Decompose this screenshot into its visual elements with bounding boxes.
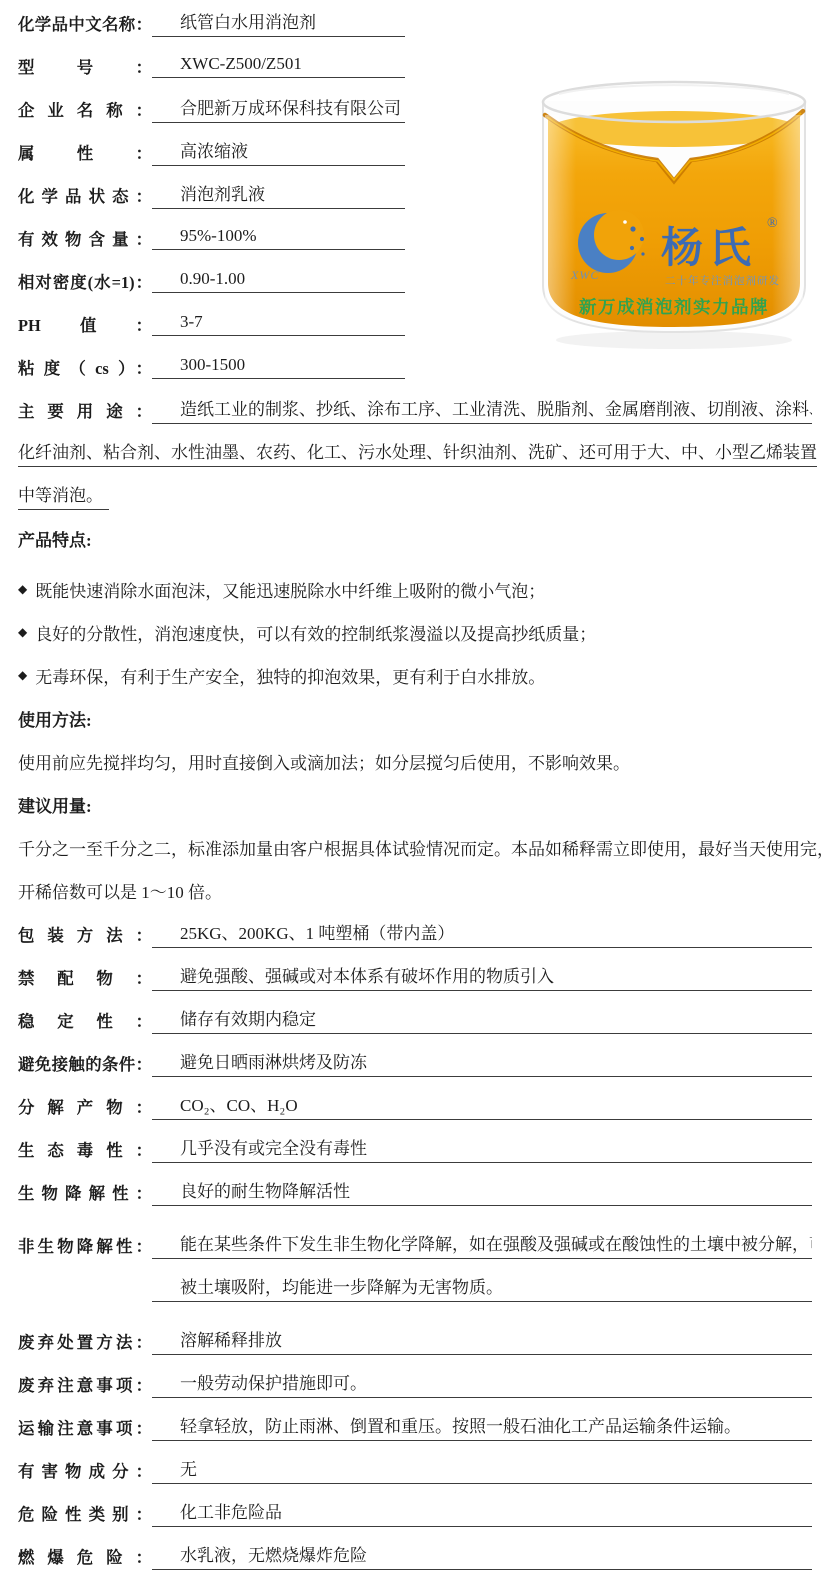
field-label: PH值： — [18, 312, 152, 336]
field-row-disposal-method: 废弃处置方法： 溶解稀释排放 — [18, 1319, 812, 1362]
field-label: 企业名称： — [18, 97, 152, 121]
field-label: 废弃注意事项： — [18, 1372, 152, 1396]
field-value: 化工非危险品 — [152, 1498, 812, 1527]
star-dot — [641, 252, 644, 255]
field-label: 包装方法： — [18, 922, 152, 946]
field-row-chinese-name: 化学品中文名称： 纸管白水用消泡剂 — [18, 1, 812, 44]
field-value: XWC-Z500/Z501 — [152, 54, 405, 78]
field-value-continuation: 中等消泡。 — [18, 481, 109, 510]
star-dot-white — [623, 220, 627, 224]
field-value: 300-1500 — [152, 355, 405, 379]
field-value: 避免日晒雨淋烘烤及防冻 — [152, 1048, 812, 1077]
feature-text: 无毒环保，有利于生产安全，独特的抑泡效果，更有利于白水排放。 — [35, 663, 545, 688]
dosage-text: 千分之一至千分之二，标准添加量由客户根据具体试验情况而定。本品如稀释需立即使用，… — [18, 835, 830, 860]
crescent-moon-cut — [594, 210, 644, 260]
field-label: 主要用途： — [18, 398, 152, 422]
usage-text-row: 使用前应先搅拌均匀，用时直接倒入或滴加法；如分层搅匀后使用，不影响效果。 — [18, 740, 812, 783]
field-value: 溶解稀释排放 — [152, 1326, 812, 1355]
field-row-decomposition: 分解产物： CO₂、CO、H₂O — [18, 1084, 812, 1127]
features-heading-row: 产品特点: — [18, 517, 812, 560]
field-value: 水乳液，无燃烧爆炸危险 — [152, 1541, 812, 1570]
dosage-text: 开稀倍数可以是 1～10 倍。 — [18, 878, 222, 903]
star-dot — [630, 226, 635, 231]
field-row-abiotic-degradability-line2: 被土壤吸附，均能进一步降解为无害物质。 — [18, 1266, 812, 1309]
field-value: 3-7 — [152, 312, 405, 336]
beaker-image: XWC 杨氏 ® 二十年专注消泡剂研发 新万成消泡剂实力品牌 — [515, 55, 830, 360]
field-value: 无 — [152, 1455, 812, 1484]
field-row-biodegradability: 生物降解性： 良好的耐生物降解活性 — [18, 1170, 812, 1213]
field-row-avoid-conditions: 避免接触的条件： 避免日晒雨淋烘烤及防冻 — [18, 1041, 812, 1084]
diamond-bullet-icon: ◆ — [18, 582, 27, 597]
usage-text: 使用前应先搅拌均匀，用时直接倒入或滴加法；如分层搅匀后使用，不影响效果。 — [18, 749, 630, 774]
field-row-explosion-hazard: 燃爆危险： 水乳液，无燃烧爆炸危险 — [18, 1534, 812, 1577]
field-row-transport-notes: 运输注意事项： 轻拿轻放，防止雨淋、倒置和重压。按照一般石油化工产品运输条件运输… — [18, 1405, 812, 1448]
field-row-hazard-class: 危险性类别： 化工非危险品 — [18, 1491, 812, 1534]
field-label: 化学品中文名称： — [18, 11, 152, 35]
field-row-abiotic-degradability: 非生物降解性： 能在某些条件下发生非生物化学降解，如在强酸及强碱或在酸蚀性的土壤… — [18, 1223, 812, 1266]
beaker-shadow — [556, 331, 792, 349]
field-value: 造纸工业的制浆、抄纸、涂布工序、工业清洗、脱脂剂、金属磨削液、切削液、涂料、 — [152, 395, 812, 424]
field-label: 有害物成分： — [18, 1458, 152, 1482]
field-value-continuation: 被土壤吸附，均能进一步降解为无害物质。 — [152, 1273, 812, 1302]
field-label: 稳定性： — [18, 1008, 152, 1032]
field-row-incompatible: 禁配物： 避免强酸、强碱或对本体系有破坏作用的物质引入 — [18, 955, 812, 998]
section-heading: 产品特点: — [18, 526, 92, 551]
field-value: 良好的耐生物降解活性 — [152, 1177, 812, 1206]
field-label: 粘度（cs）： — [18, 355, 152, 379]
field-row-packing: 包装方法： 25KG、200KG、1 吨塑桶（带内盖） — [18, 912, 812, 955]
field-value: 0.90-1.00 — [152, 269, 405, 293]
diamond-bullet-icon: ◆ — [18, 625, 27, 640]
field-row-harmful-components: 有害物成分： 无 — [18, 1448, 812, 1491]
xwc-watermark: XWC — [570, 268, 599, 282]
field-label: 有效物含量： — [18, 226, 152, 250]
dosage-heading-row: 建议用量: — [18, 783, 812, 826]
field-value: 高浓缩液 — [152, 137, 405, 166]
field-label: 化学品状态： — [18, 183, 152, 207]
field-label: 型号： — [18, 54, 152, 78]
feature-text: 既能快速消除水面泡沫，又能迅速脱除水中纤维上吸附的微小气泡； — [35, 577, 545, 602]
field-value: 纸管白水用消泡剂 — [152, 8, 405, 37]
field-label: 避免接触的条件： — [18, 1051, 152, 1075]
field-value: 95%-100% — [152, 226, 405, 250]
field-label: 相对密度(水=1)： — [18, 269, 152, 293]
section-heading: 使用方法: — [18, 706, 92, 731]
brand-logo: XWC 杨氏 ® 二十年专注消泡剂研发 新万成消泡剂实力品牌 — [570, 210, 780, 317]
main-use-line3: 中等消泡。 — [18, 474, 812, 517]
star-dot — [630, 246, 634, 250]
feature-text: 良好的分散性，消泡速度快，可以有效的控制纸浆漫溢以及提高抄纸质量； — [35, 620, 596, 645]
field-label: 燃爆危险： — [18, 1544, 152, 1568]
field-value: 几乎没有或完全没有毒性 — [152, 1134, 812, 1163]
field-label: 生物降解性： — [18, 1180, 152, 1204]
tagline-green: 新万成消泡剂实力品牌 — [579, 297, 769, 317]
field-value: 一般劳动保护措施即可。 — [152, 1369, 812, 1398]
field-label: 废弃处置方法： — [18, 1329, 152, 1353]
dosage-text-row2: 开稀倍数可以是 1～10 倍。 — [18, 869, 812, 912]
brand-name: 杨氏 — [661, 225, 757, 272]
feature-item: ◆ 无毒环保，有利于生产安全，独特的抑泡效果，更有利于白水排放。 — [18, 654, 812, 697]
field-value: 储存有效期内稳定 — [152, 1005, 812, 1034]
field-value: 避免强酸、强碱或对本体系有破坏作用的物质引入 — [152, 962, 812, 991]
field-row-stability: 稳定性： 储存有效期内稳定 — [18, 998, 812, 1041]
field-row-main-use: 主要用途： 造纸工业的制浆、抄纸、涂布工序、工业清洗、脱脂剂、金属磨削液、切削液… — [18, 388, 812, 431]
field-label: 非生物降解性： — [18, 1233, 152, 1257]
field-value: 合肥新万成环保科技有限公司 — [152, 94, 405, 123]
star-dot — [640, 237, 644, 241]
field-label: 分解产物： — [18, 1094, 152, 1118]
feature-item: ◆ 既能快速消除水面泡沫，又能迅速脱除水中纤维上吸附的微小气泡； — [18, 568, 812, 611]
field-row-disposal-notes: 废弃注意事项： 一般劳动保护措施即可。 — [18, 1362, 812, 1405]
product-spec-sheet: 化学品中文名称： 纸管白水用消泡剂 型号： XWC-Z500/Z501 企业名称… — [0, 0, 830, 1588]
usage-heading-row: 使用方法: — [18, 697, 812, 740]
glass-sheen — [545, 115, 803, 325]
field-label: 危险性类别： — [18, 1501, 152, 1525]
field-label: 运输注意事项： — [18, 1415, 152, 1439]
diamond-bullet-icon: ◆ — [18, 668, 27, 683]
field-row-eco-toxicity: 生态毒性： 几乎没有或完全没有毒性 — [18, 1127, 812, 1170]
feature-item: ◆ 良好的分散性，消泡速度快，可以有效的控制纸浆漫溢以及提高抄纸质量； — [18, 611, 812, 654]
tagline-small: 二十年专注消泡剂研发 — [665, 274, 780, 287]
field-value: CO₂、CO、H₂O — [152, 1091, 812, 1120]
main-use-line2: 化纤油剂、粘合剂、水性油墨、农药、化工、污水处理、针织油剂、洗矿、还可用于大、中… — [18, 431, 812, 474]
field-value: 轻拿轻放，防止雨淋、倒置和重压。按照一般石油化工产品运输条件运输。 — [152, 1412, 812, 1441]
registered-mark-icon: ® — [767, 216, 778, 231]
field-label: 属性： — [18, 140, 152, 164]
field-value: 25KG、200KG、1 吨塑桶（带内盖） — [152, 919, 812, 948]
top-fields-section: 化学品中文名称： 纸管白水用消泡剂 型号： XWC-Z500/Z501 企业名称… — [18, 0, 812, 388]
field-value: 消泡剂乳液 — [152, 180, 405, 209]
field-label: 禁配物： — [18, 965, 152, 989]
field-value: 能在某些条件下发生非生物化学降解，如在强酸及强碱或在酸蚀性的土壤中被分解，可 — [152, 1230, 812, 1259]
dosage-text-row1: 千分之一至千分之二，标准添加量由客户根据具体试验情况而定。本品如稀释需立即使用，… — [18, 826, 812, 869]
field-value-continuation: 化纤油剂、粘合剂、水性油墨、农药、化工、污水处理、针织油剂、洗矿、还可用于大、中… — [18, 438, 817, 467]
field-label: 生态毒性： — [18, 1137, 152, 1161]
section-heading: 建议用量: — [18, 792, 92, 817]
product-photo-beaker: XWC 杨氏 ® 二十年专注消泡剂研发 新万成消泡剂实力品牌 — [515, 55, 830, 360]
